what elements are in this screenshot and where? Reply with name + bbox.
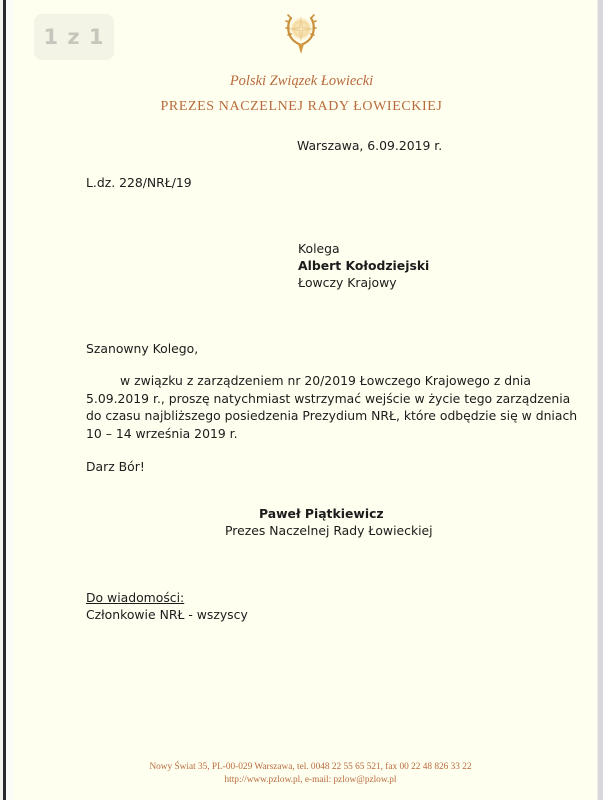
footer-contact: http://www.pzlow.pl, e-mail: pzlow@pzlow… xyxy=(0,775,603,785)
signatory-title: Prezes Naczelnej Rady Łowieckiej xyxy=(225,521,433,540)
letter-body: w związku z zarządzeniem nr 20/2019 Łowc… xyxy=(86,372,577,442)
recipient-position: Łowczy Krajowy xyxy=(298,273,397,292)
body-line: 10 – 14 września 2019 r. xyxy=(86,425,577,443)
closing-phrase: Darz Bór! xyxy=(86,457,145,476)
place-and-date: Warszawa, 6.09.2019 r. xyxy=(297,136,442,155)
organization-name: Polski Związek Łowiecki xyxy=(0,73,603,90)
greeting: Szanowny Kolego, xyxy=(86,339,198,358)
reference-number: L.dz. 228/NRŁ/19 xyxy=(86,173,192,192)
body-line: 5.09.2019 r., proszę natychmiast wstrzym… xyxy=(86,390,577,408)
organization-office-title: PREZES NACZELNEJ RADY ŁOWIECKIEJ xyxy=(0,99,603,115)
footer-address: Nowy Świat 35, PL-00-029 Warszawa, tel. … xyxy=(0,762,603,772)
hunting-emblem-icon xyxy=(281,8,321,58)
body-line: w związku z zarządzeniem nr 20/2019 Łowc… xyxy=(86,372,577,390)
body-line: do czasu najbliższego posiedzenia Prezyd… xyxy=(86,407,577,425)
viewer-scrollbar-track[interactable] xyxy=(598,0,603,800)
page-indicator: 1 z 1 xyxy=(34,14,114,60)
viewer-edge-margin xyxy=(6,0,13,800)
cc-recipients: Członkowie NRŁ - wszyscy xyxy=(86,605,248,624)
